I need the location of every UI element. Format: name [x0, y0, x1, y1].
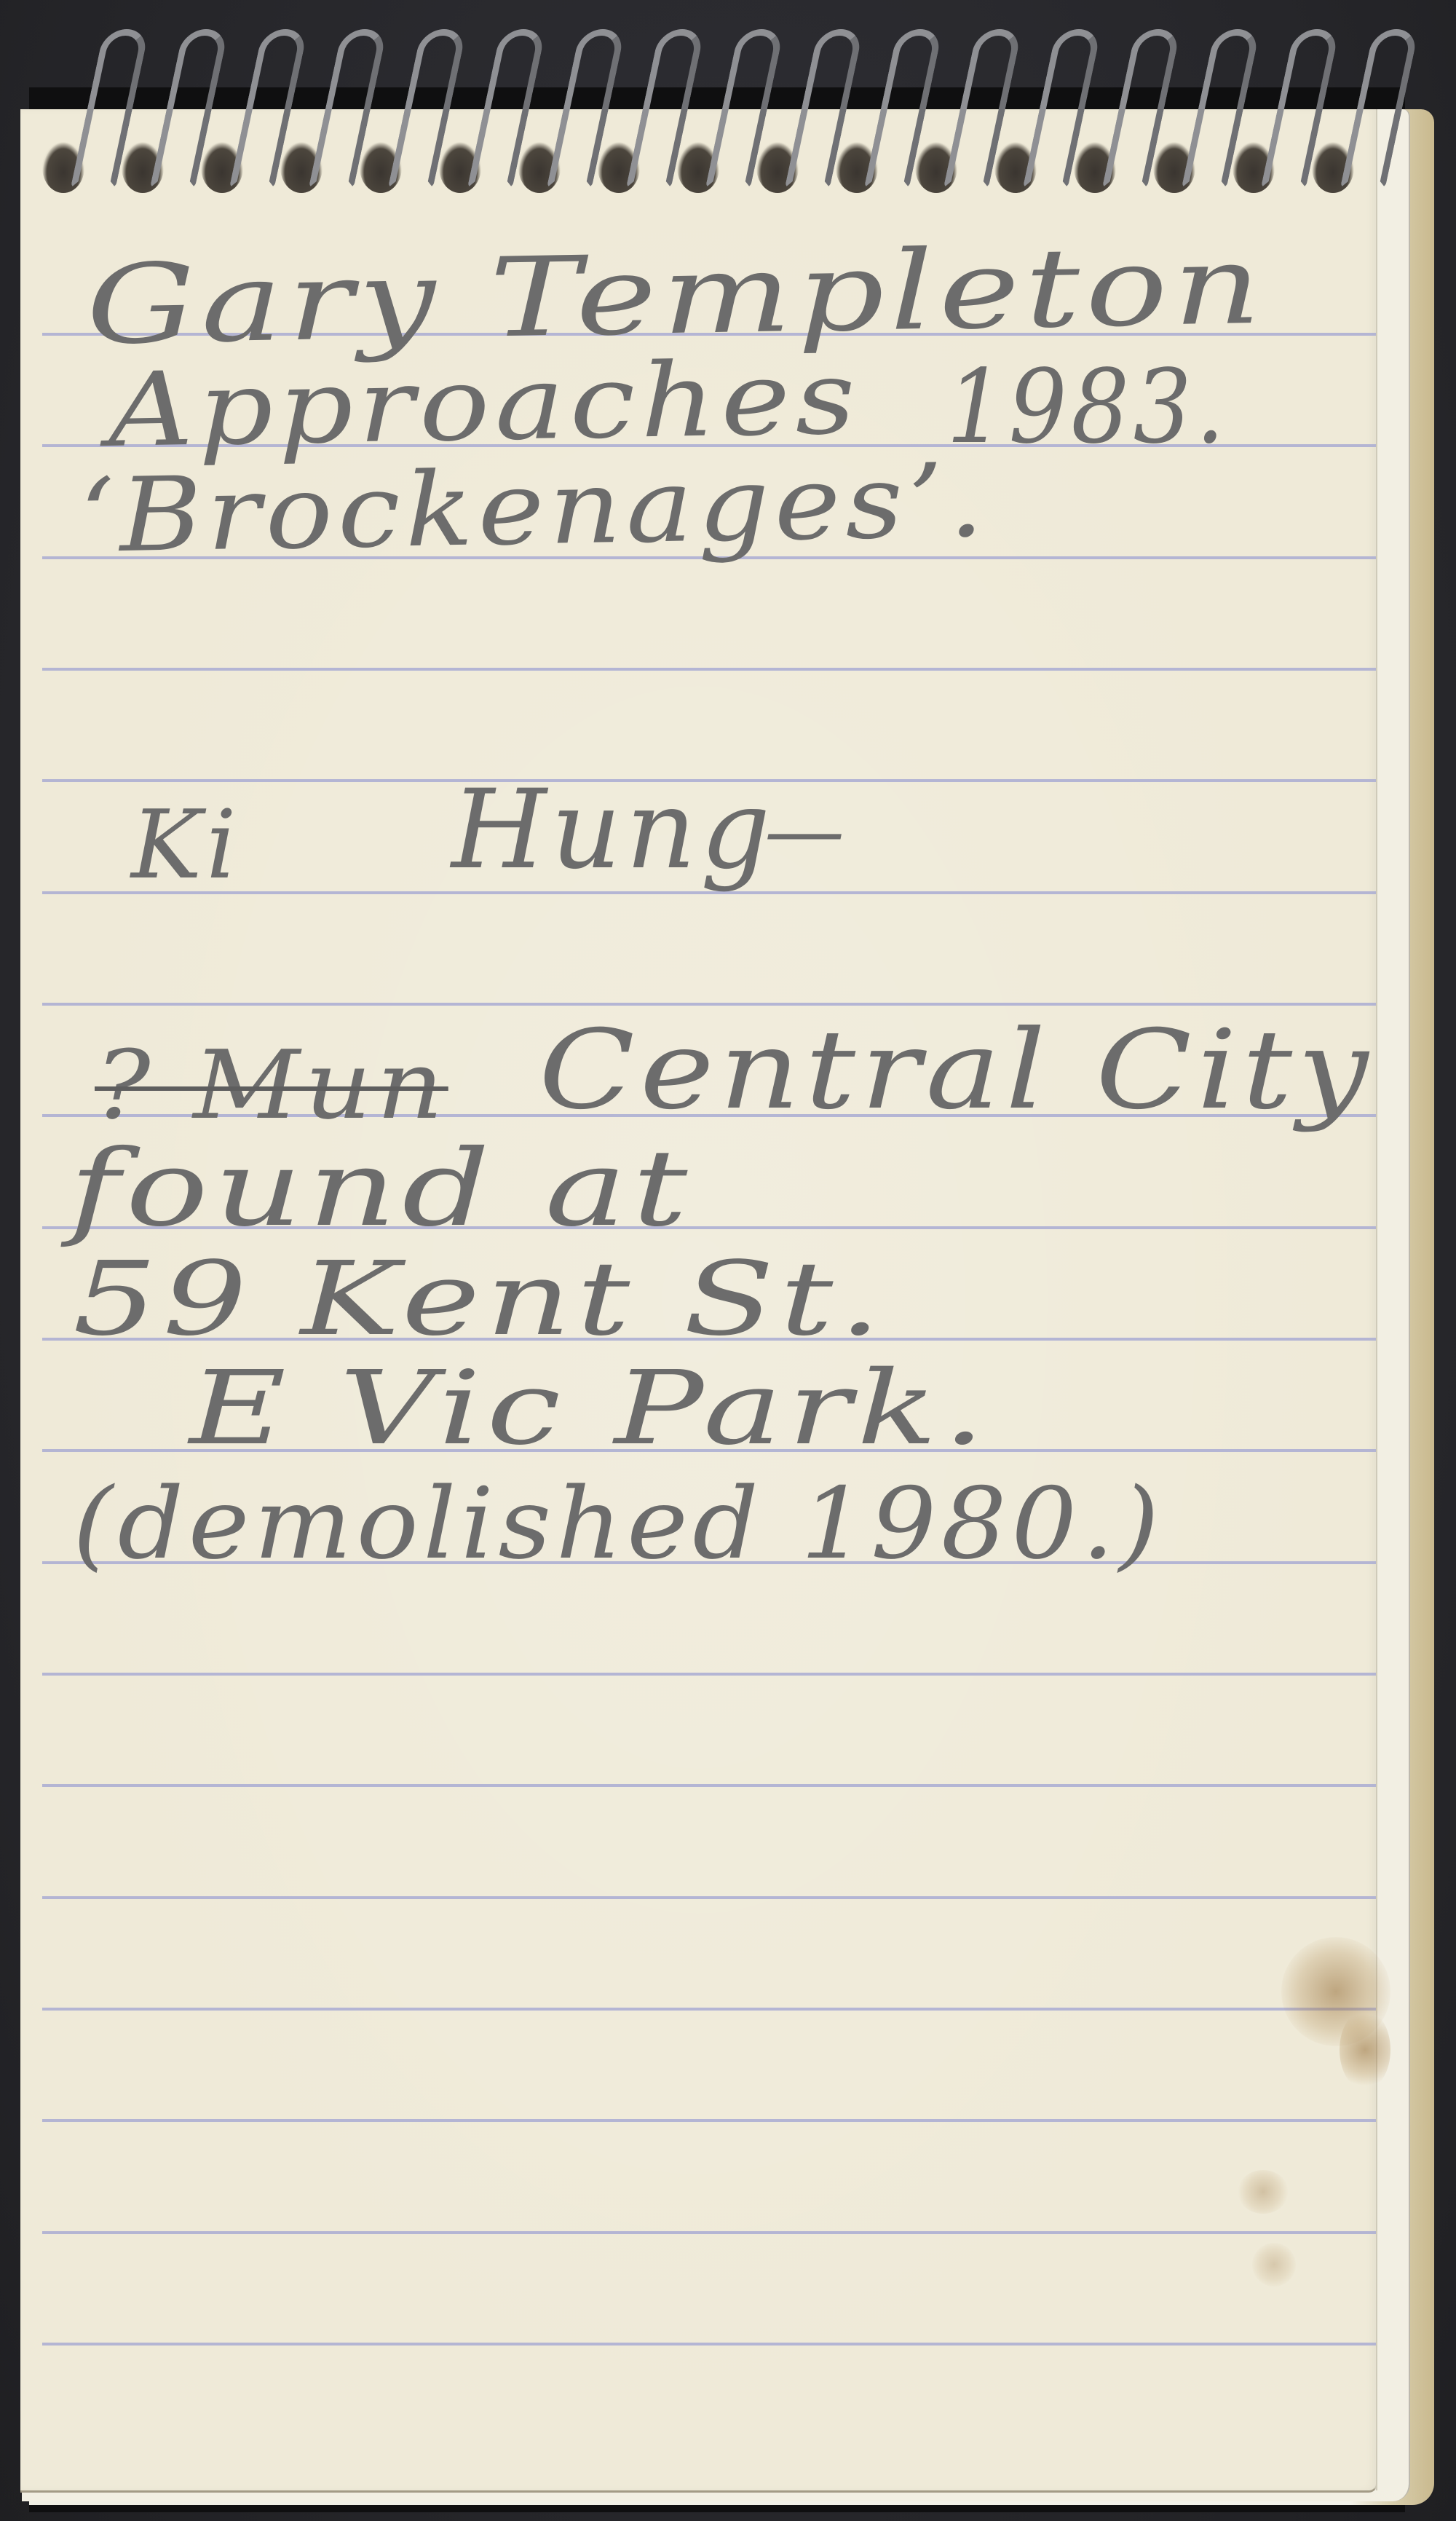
note-line-brockenages: ‘Brockenages’. — [79, 450, 989, 568]
note-central-city: Central City — [539, 1016, 1374, 1125]
ruled-line — [42, 2119, 1376, 2122]
note-line-name: Gary Templeton — [85, 231, 1267, 360]
paper-stain — [1340, 2010, 1390, 2090]
note-demolished: (demolished 1980.) — [73, 1475, 1164, 1573]
ruled-line — [42, 668, 1376, 671]
note-year-1983: 1983. — [946, 357, 1229, 459]
ruled-line — [42, 1784, 1376, 1787]
ruled-line — [42, 1003, 1376, 1006]
paper-stain — [1252, 2243, 1296, 2287]
ruled-line — [42, 2008, 1376, 2011]
ruled-line — [42, 1896, 1376, 1899]
ruled-line — [42, 1673, 1376, 1676]
paper-stain — [1238, 2170, 1289, 2214]
note-found-at: found at — [69, 1136, 693, 1242]
note-address-street: 59 Kent St. — [73, 1249, 887, 1351]
page-edge-line — [1376, 109, 1377, 2490]
ruled-line — [42, 2231, 1376, 2234]
note-address-suburb: E Vic Park. — [189, 1358, 991, 1460]
note-dash: — — [764, 790, 849, 870]
note-name-hung: Hung — [451, 776, 775, 885]
note-struck-text: ? Mun — [95, 1038, 448, 1132]
ruled-line — [42, 2343, 1376, 2346]
note-name-ki: Ki — [131, 797, 241, 892]
